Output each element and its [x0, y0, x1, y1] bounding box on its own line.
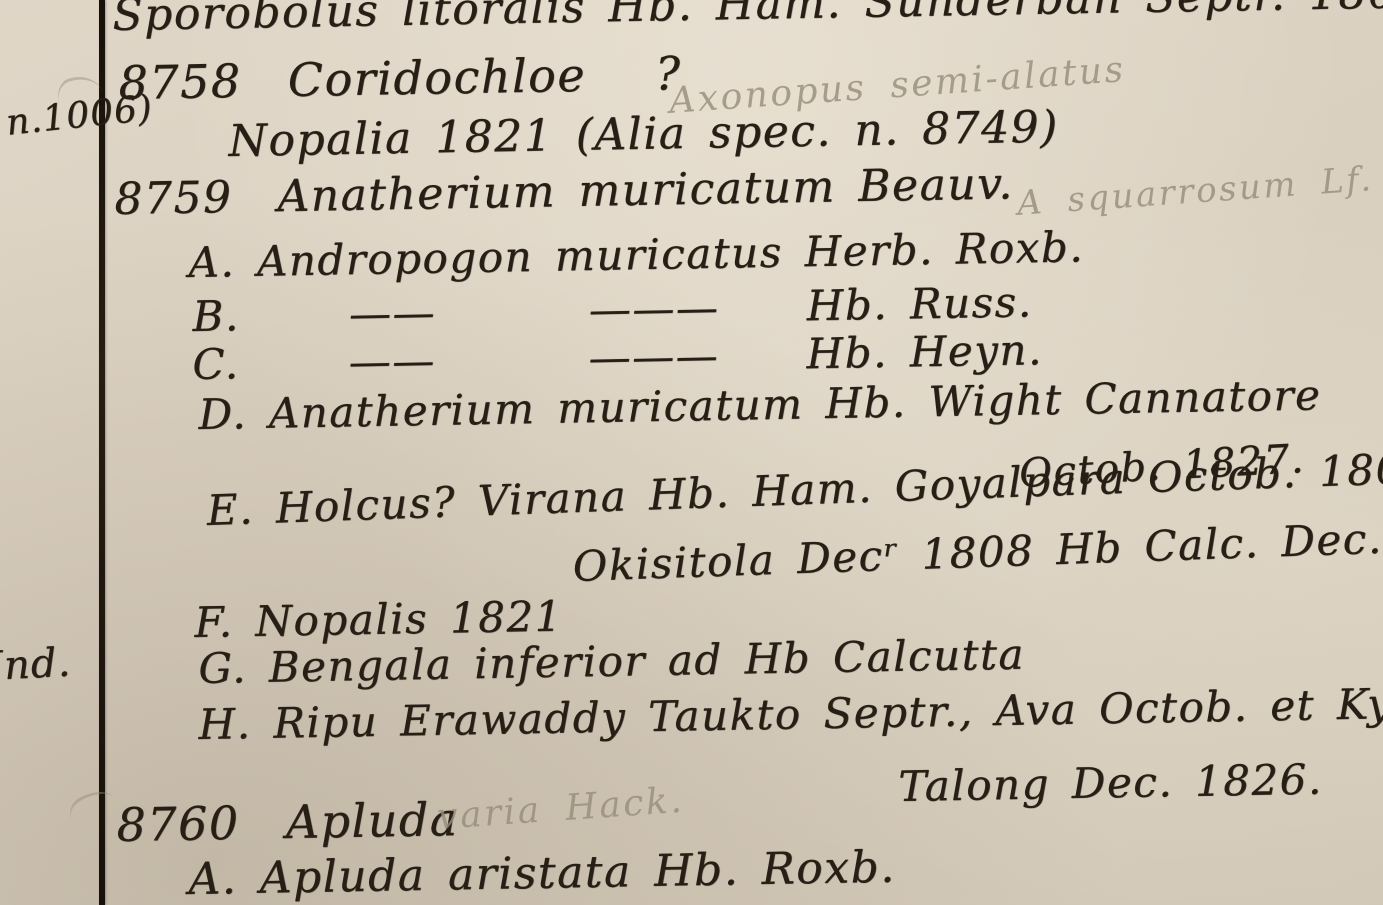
handwritten-line: Nopalia 1821 (Alia spec. n. 8749): [228, 104, 1059, 167]
handwritten-line: 8760 Apluda: [116, 794, 459, 851]
margin-note: Ind.: [0, 640, 72, 690]
handwritten-line: 8758 Coridochloe ?: [118, 48, 682, 108]
pencil-annotation: A squarrosum Lf.: [1016, 161, 1375, 223]
handwritten-line: Sporobolus litoralis Hb. Ham. Sunderban …: [112, 0, 1383, 40]
manuscript-page: n.1006)Ind. Sporobolus litoralis Hb. Ham…: [0, 0, 1383, 905]
pencil-annotation: varia Hack.: [436, 781, 685, 838]
handwritten-line: 8759 Anatherium muricatum Beauv.: [114, 160, 1014, 224]
handwritten-line: A. Andropogon muricatus Herb. Roxb.: [188, 224, 1084, 286]
handwritten-line: Okisitola Decʳ 1808 Hb Calc. Dec. 1814: [572, 511, 1383, 590]
handwritten-line: H. Ripu Erawaddy Taukto Septr., Ava Octo…: [198, 680, 1383, 748]
margin-rule-line: [99, 0, 105, 905]
handwritten-line: A. Apluda aristata Hb. Roxb.: [188, 844, 896, 905]
handwritten-line: Talong Dec. 1826.: [898, 757, 1323, 811]
pencil-mark: [64, 783, 119, 829]
